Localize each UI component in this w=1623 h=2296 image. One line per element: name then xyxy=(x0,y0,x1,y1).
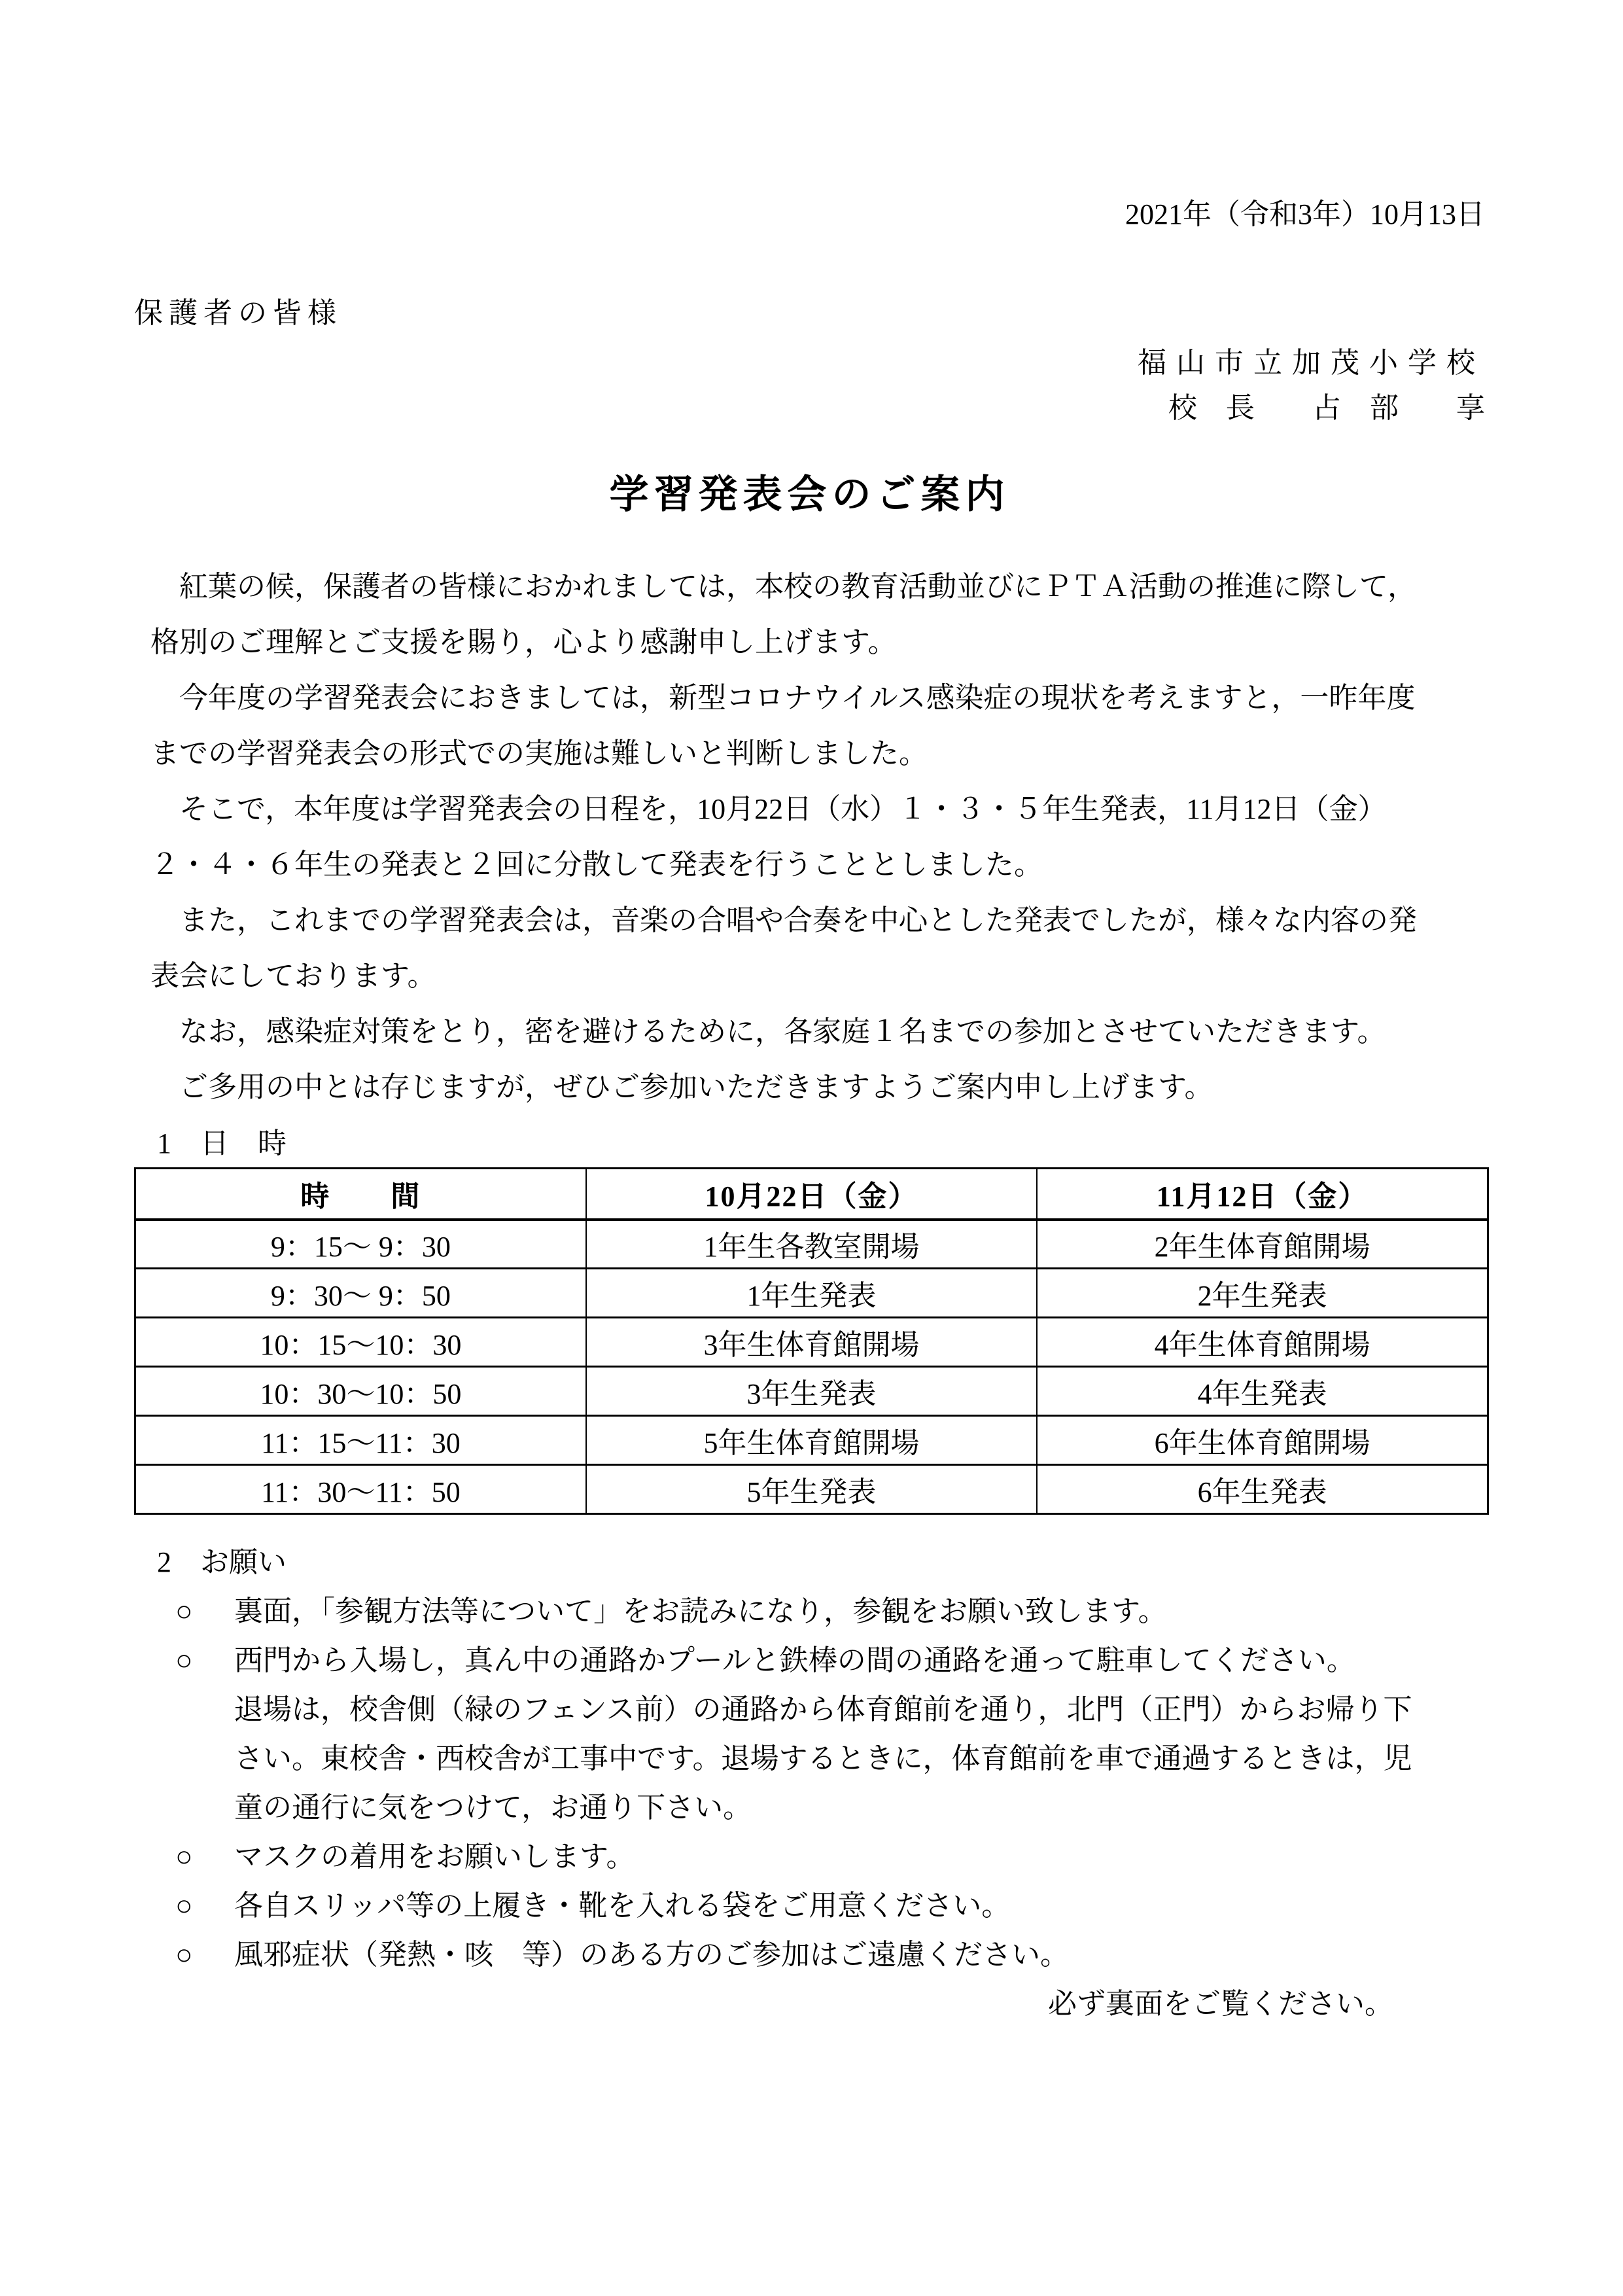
list-item: ○ 各自スリッパ等の上履き・靴を入れる袋をご用意ください。 xyxy=(175,1881,1485,1930)
request-list: ○ 裏面，「参観方法等について」をお読みになり，参観をお願い致します。 ○ 西門… xyxy=(175,1587,1485,1979)
body-line: 格別のご理解とご支援を賜り，心より感謝申し上げます。 xyxy=(150,614,1485,670)
request-content: 風邪症状（発熱・咳 等）のある方のご参加はご遠慮ください。 xyxy=(234,1930,1485,1979)
cell-time: 11：30～11：50 xyxy=(135,1465,586,1514)
table-row: 9：15～ 9：30 1年生各教室開場 2年生体育館開場 xyxy=(135,1220,1488,1269)
school-name: 福山市立加茂小学校 xyxy=(134,348,1485,378)
header-cell-date2: 11月12日（金） xyxy=(1037,1169,1488,1220)
list-item: ○ 西門から入場し，真ん中の通路かプールと鉄棒の間の通路を通って駐車してください… xyxy=(175,1636,1485,1832)
circle-bullet: ○ xyxy=(175,1832,234,1881)
circle-bullet: ○ xyxy=(175,1881,234,1930)
request-line: 退場は，校舎側（緑のフェンス前）の通路から体育館前を通り，北門（正門）からお帰り… xyxy=(234,1685,1485,1734)
document-page: 2021年（令和3年）10月13日 保護者の皆様 福山市立加茂小学校 校 長 占… xyxy=(0,0,1623,2296)
principal-name: 校 長 占 部 享 xyxy=(134,393,1485,423)
cell-day2: 2年生発表 xyxy=(1037,1269,1488,1318)
footer-note: 必ず裏面をご覧ください。 xyxy=(134,1979,1485,2028)
body-line: なお，感染症対策をとり，密を避けるために，各家庭１名までの参加とさせていただきま… xyxy=(150,1004,1485,1059)
request-content: 裏面，「参観方法等について」をお読みになり，参観をお願い致します。 xyxy=(234,1587,1485,1636)
circle-bullet: ○ xyxy=(175,1930,234,1979)
section-heading-datetime: 1 日 時 xyxy=(157,1129,1485,1158)
table-row: 10：30～10：50 3年生発表 4年生発表 xyxy=(135,1367,1488,1416)
request-line: 各自スリッパ等の上履き・靴を入れる袋をご用意ください。 xyxy=(234,1881,1485,1930)
request-line: マスクの着用をお願いします。 xyxy=(234,1832,1485,1881)
document-date: 2021年（令和3年）10月13日 xyxy=(134,200,1485,229)
table-row: 11：30～11：50 5年生発表 6年生発表 xyxy=(135,1465,1488,1514)
body-line: ２・４・６年生の発表と２回に分散して発表を行うこととしました。 xyxy=(150,837,1485,892)
header-cell-date1: 10月22日（金） xyxy=(586,1169,1037,1220)
header-cell-time: 時 間 xyxy=(135,1169,586,1220)
request-line: 童の通行に気をつけて，お通り下さい。 xyxy=(234,1783,1485,1832)
request-line: 風邪症状（発熱・咳 等）のある方のご参加はご遠慮ください。 xyxy=(234,1930,1485,1979)
list-item: ○ 風邪症状（発熱・咳 等）のある方のご参加はご遠慮ください。 xyxy=(175,1930,1485,1979)
circle-bullet: ○ xyxy=(175,1636,234,1832)
request-line: さい。東校舎・西校舎が工事中です。退場するときに，体育館前を車で通過するときは，… xyxy=(234,1734,1485,1783)
cell-day2: 6年生体育館開場 xyxy=(1037,1416,1488,1465)
body-line: そこで，本年度は学習発表会の日程を，10月22日（水）１・３・５年生発表，11月… xyxy=(150,781,1485,837)
cell-day2: 2年生体育館開場 xyxy=(1037,1220,1488,1269)
cell-day1: 3年生発表 xyxy=(586,1367,1037,1416)
addressee: 保護者の皆様 xyxy=(134,298,1485,328)
request-content: マスクの着用をお願いします。 xyxy=(234,1832,1485,1881)
cell-time: 10：15～10：30 xyxy=(135,1318,586,1367)
cell-day1: 3年生体育館開場 xyxy=(586,1318,1037,1367)
table-row: 9：30～ 9：50 1年生発表 2年生発表 xyxy=(135,1269,1488,1318)
table-header-row: 時 間 10月22日（金） 11月12日（金） xyxy=(135,1169,1488,1220)
cell-day2: 4年生体育館開場 xyxy=(1037,1318,1488,1367)
body-line: また，これまでの学習発表会は，音楽の合唱や合奏を中心とした発表でしたが，様々な内… xyxy=(150,892,1485,948)
request-line: 西門から入場し，真ん中の通路かプールと鉄棒の間の通路を通って駐車してください。 xyxy=(234,1636,1485,1685)
cell-time: 11：15～11：30 xyxy=(135,1416,586,1465)
body-text: 紅葉の候，保護者の皆様におかれましては，本校の教育活動並びにＰＴＡ活動の推進に際… xyxy=(150,559,1485,1115)
cell-day1: 1年生発表 xyxy=(586,1269,1037,1318)
request-content: 各自スリッパ等の上履き・靴を入れる袋をご用意ください。 xyxy=(234,1881,1485,1930)
cell-time: 10：30～10：50 xyxy=(135,1367,586,1416)
body-line: 表会にしております。 xyxy=(150,948,1485,1004)
cell-day2: 4年生発表 xyxy=(1037,1367,1488,1416)
circle-bullet: ○ xyxy=(175,1587,234,1636)
section-heading-requests: 2 お願い xyxy=(157,1538,1485,1587)
body-line: ご多用の中とは存じますが，ぜひご参加いただきますようご案内申し上げます。 xyxy=(150,1059,1485,1115)
cell-time: 9：30～ 9：50 xyxy=(135,1269,586,1318)
page-title: 学習発表会のご案内 xyxy=(134,474,1485,516)
request-line: 裏面，「参観方法等について」をお読みになり，参観をお願い致します。 xyxy=(234,1587,1485,1636)
body-line: 今年度の学習発表会におきましては，新型コロナウイルス感染症の現状を考えますと，一… xyxy=(150,670,1485,726)
cell-time: 9：15～ 9：30 xyxy=(135,1220,586,1269)
cell-day2: 6年生発表 xyxy=(1037,1465,1488,1514)
table-row: 11：15～11：30 5年生体育館開場 6年生体育館開場 xyxy=(135,1416,1488,1465)
cell-day1: 5年生発表 xyxy=(586,1465,1037,1514)
cell-day1: 5年生体育館開場 xyxy=(586,1416,1037,1465)
cell-day1: 1年生各教室開場 xyxy=(586,1220,1037,1269)
list-item: ○ マスクの着用をお願いします。 xyxy=(175,1832,1485,1881)
body-line: までの学習発表会の形式での実施は難しいと判断しました。 xyxy=(150,726,1485,781)
body-line: 紅葉の候，保護者の皆様におかれましては，本校の教育活動並びにＰＴＡ活動の推進に際… xyxy=(150,559,1485,614)
table-row: 10：15～10：30 3年生体育館開場 4年生体育館開場 xyxy=(135,1318,1488,1367)
schedule-table: 時 間 10月22日（金） 11月12日（金） 9：15～ 9：30 1年生各教… xyxy=(134,1167,1489,1515)
list-item: ○ 裏面，「参観方法等について」をお読みになり，参観をお願い致します。 xyxy=(175,1587,1485,1636)
request-content: 西門から入場し，真ん中の通路かプールと鉄棒の間の通路を通って駐車してください。 … xyxy=(234,1636,1485,1832)
